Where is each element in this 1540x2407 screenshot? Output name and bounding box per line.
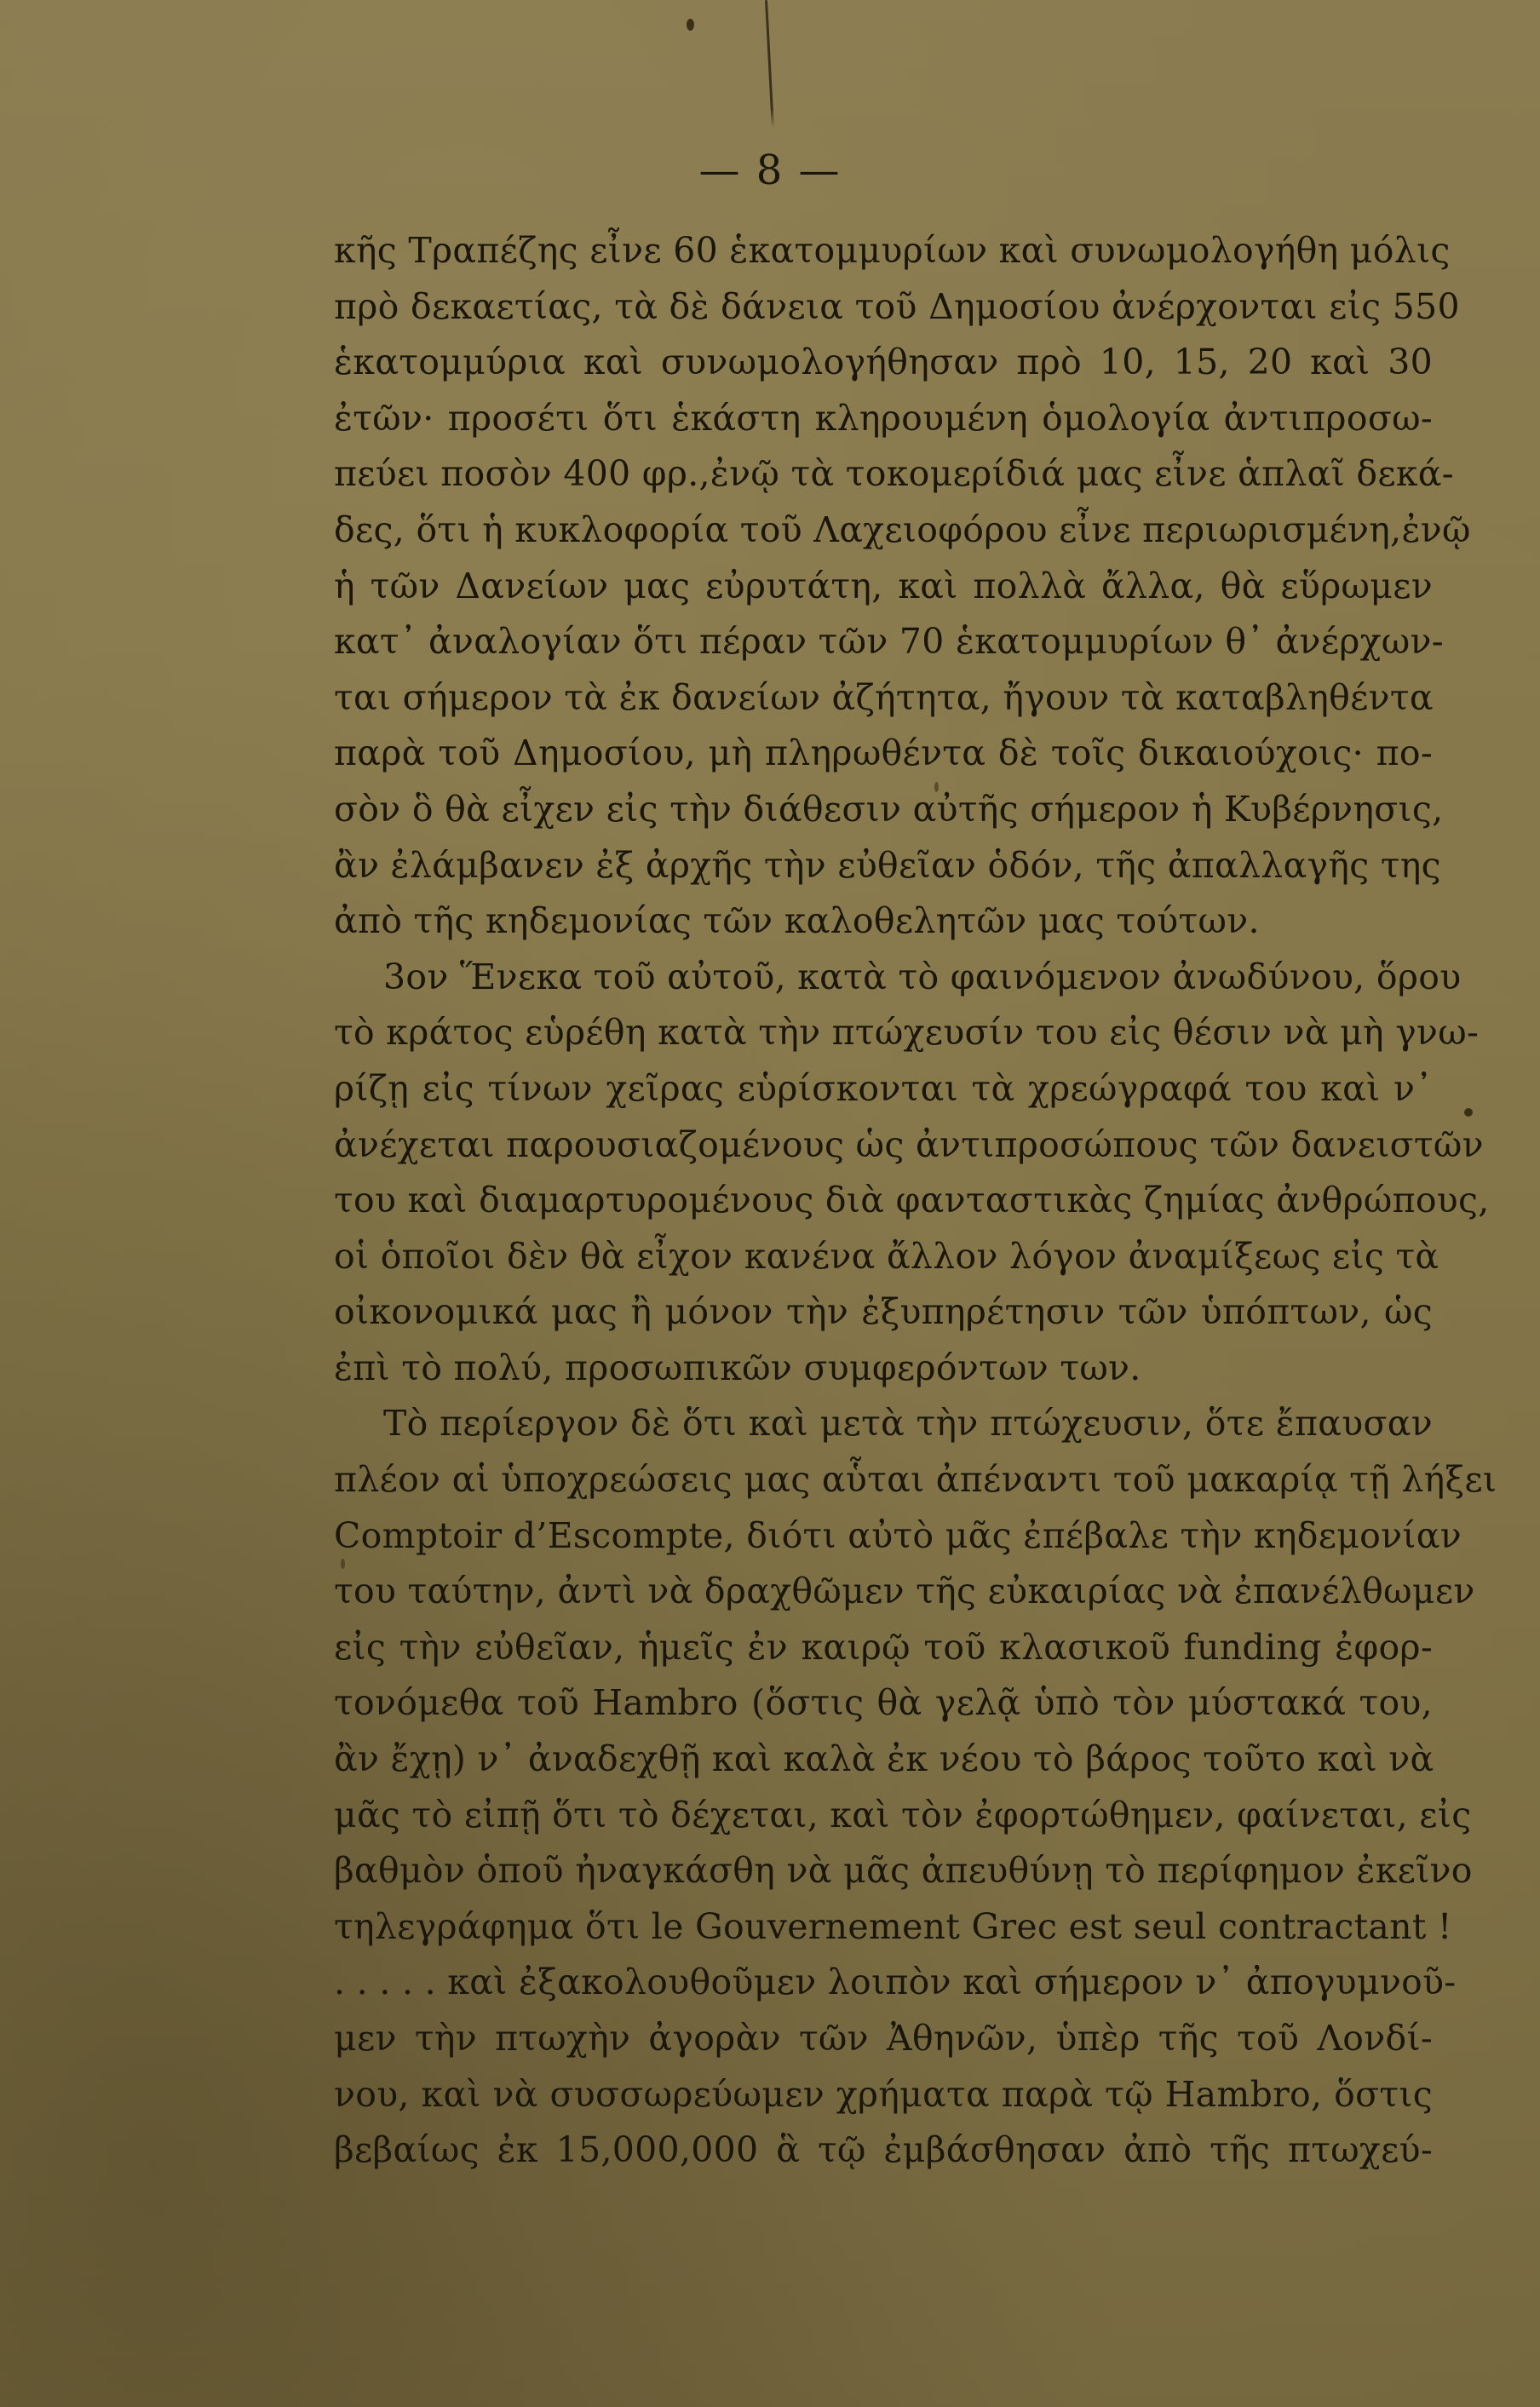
ink-spot [687,19,694,31]
text-line: ρίζῃ εἰς τίνων χεῖρας εὑρίσκονται τὰ χρε… [334,1061,1433,1117]
paragraph-end-line: ἐπὶ τὸ πολύ, προσωπικῶν συμφερόντων των. [334,1341,1433,1397]
paragraph-start-line: Τὸ περίεργον δὲ ὅτι καὶ μετὰ τὴν πτώχευσ… [334,1396,1433,1452]
text-line: παρὰ τοῦ Δημοσίου, μὴ πληρωθέντα δὲ τοῖς… [334,726,1433,782]
text-line: . . . . . καὶ ἐξακολουθοῦμεν λοιπὸν καὶ … [334,1955,1433,2011]
text-line: του καὶ διαμαρτυρομένους διὰ φανταστικὰς… [334,1173,1433,1229]
text-line: τηλεγράφημα ὅτι le Gouvernement Grec est… [334,1899,1433,1956]
ink-spot [1464,1108,1473,1117]
text-line: δες, ὅτι ἡ κυκλοφορία τοῦ Λαχειοφόρου εἶ… [334,503,1433,559]
text-line: ἑκατομμύρια καὶ συνωμολογήθησαν πρὸ 10, … [334,335,1433,391]
text-line: ἐτῶν· προσέτι ὅτι ἑκάστη κληρουμένη ὁμολ… [334,391,1433,447]
text-line: ἂν ἔχῃ) ν᾽ ἀναδεχθῇ καὶ καλὰ ἐκ νέου τὸ … [334,1732,1433,1788]
text-line: τονόμεθα τοῦ Hambro (ὅστις θὰ γελᾷ ὑπὸ τ… [334,1675,1433,1732]
body-text: κῆς Τραπέζης εἶνε 60 ἑκατομμυρίων καὶ συ… [334,223,1433,2179]
text-line: ἂν ἐλάμβανεν ἐξ ἀρχῆς τὴν εὐθεῖαν ὁδόν, … [334,838,1433,894]
text-line: μᾶς τὸ εἰπῇ ὅτι τὸ δέχεται, καὶ τὸν ἐφορ… [334,1788,1433,1844]
text-line: πλέον αἱ ὑποχρεώσεις μας αὗται ἀπέναντι … [334,1452,1433,1508]
section-3-heading-line: 3ον Ἕνεκα τοῦ αὐτοῦ, κατὰ τὸ φαινόμενον … [334,950,1433,1006]
text-line: βεβαίως ἐκ 15,000,000 ἃ τῷ ἐμβάσθησαν ἀπ… [334,2123,1433,2179]
text-line: πρὸ δεκαετίας, τὰ δὲ δάνεια τοῦ Δημοσίου… [334,279,1433,336]
text-line: Comptoir d’Escompte, διότι αὐτὸ μᾶς ἐπέβ… [334,1508,1433,1565]
page-fold-crease [765,0,774,128]
text-line: εἰς τὴν εὐθεῖαν, ἡμεῖς ἐν καιρῷ τοῦ κλασ… [334,1620,1433,1676]
text-line: πεύει ποσὸν 400 φρ.,ἐνῷ τὰ τοκομερίδιά μ… [334,446,1433,503]
page-number: — 8 — [0,145,1540,196]
text-line: ἡ τῶν Δανείων μας εὐρυτάτη, καὶ πολλὰ ἄλ… [334,559,1433,615]
paragraph-end-line: ἀπὸ τῆς κηδεμονίας τῶν καλοθελητῶν μας τ… [334,893,1433,950]
text-line: τὸ κράτος εὑρέθη κατὰ τὴν πτώχευσίν του … [334,1005,1433,1061]
text-line: βαθμὸν ὁποῦ ἠναγκάσθη νὰ μᾶς ἀπευθύνῃ τὸ… [334,1843,1433,1899]
text-line: οἱ ὁποῖοι δὲν θὰ εἶχον κανένα ἄλλον λόγο… [334,1229,1433,1285]
text-line: ται σήμερον τὰ ἐκ δανείων ἀζήτητα, ἤγουν… [334,670,1433,727]
text-line: ἀνέχεται παρουσιαζομένους ὡς ἀντιπροσώπο… [334,1117,1433,1174]
text-line: νου, καὶ νὰ συσσωρεύωμεν χρήματα παρὰ τῷ… [334,2067,1433,2123]
text-line: κατ᾽ ἀναλογίαν ὅτι πέραν τῶν 70 ἑκατομμυ… [334,614,1433,670]
text-line: μεν τὴν πτωχὴν ἀγορὰν τῶν Ἀθηνῶν, ὑπὲρ τ… [334,2011,1433,2067]
text-line: οἰκονομικά μας ἢ μόνον τὴν ἐξυπηρέτησιν … [334,1284,1433,1341]
text-line: του ταύτην, ἀντὶ νὰ δραχθῶμεν τῆς εὐκαιρ… [334,1564,1433,1620]
text-line: κῆς Τραπέζης εἶνε 60 ἑκατομμυρίων καὶ συ… [334,223,1433,279]
text-line: σὸν ὃ θὰ εἶχεν εἰς τὴν διάθεσιν αὐτῆς σή… [334,782,1433,838]
